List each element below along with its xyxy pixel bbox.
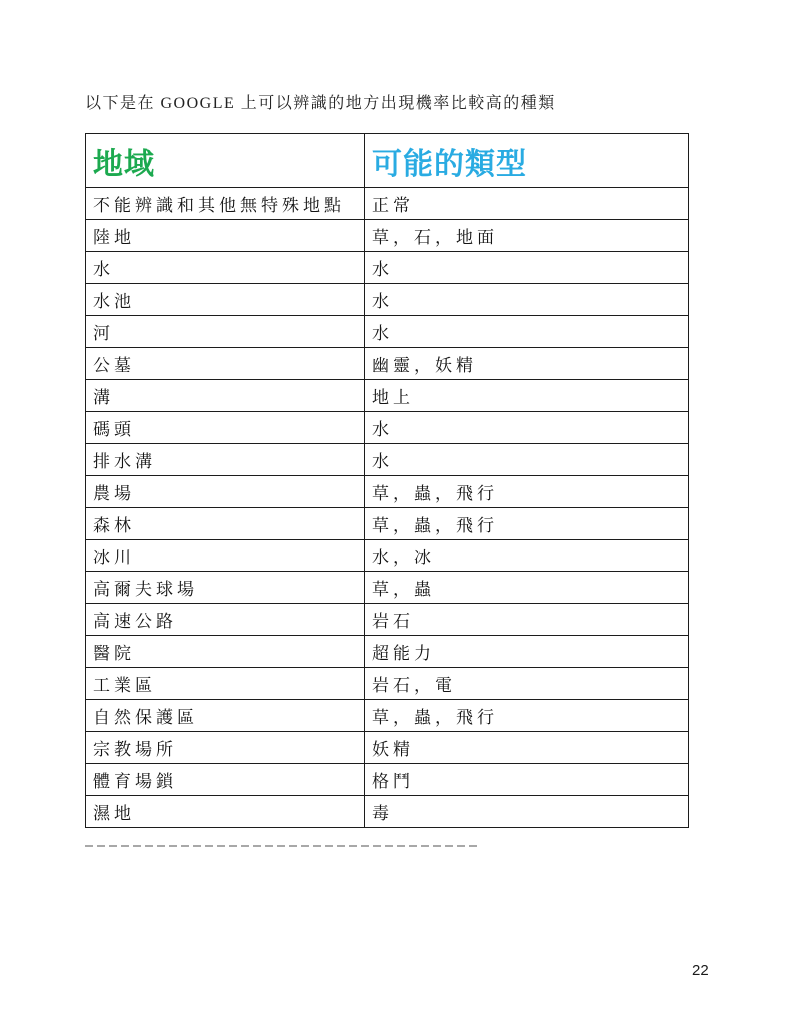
table-row: 溝地上: [86, 380, 689, 412]
types-cell: 妖精: [365, 732, 689, 764]
types-cell: 草，蟲，飛行: [365, 476, 689, 508]
table-body: 不能辨識和其他無特殊地點正常陸地草，石，地面水水水池水河水公墓幽靈，妖精溝地上碼…: [86, 188, 689, 828]
types-cell: 正常: [365, 188, 689, 220]
types-cell: 水: [365, 316, 689, 348]
table-row: 農場草，蟲，飛行: [86, 476, 689, 508]
types-cell: 草，蟲: [365, 572, 689, 604]
region-cell: 公墓: [86, 348, 365, 380]
region-cell: 冰川: [86, 540, 365, 572]
table-row: 森林草，蟲，飛行: [86, 508, 689, 540]
table-row: 陸地草，石，地面: [86, 220, 689, 252]
dashed-separator: [85, 845, 479, 847]
region-types-table: 地域 可能的類型 不能辨識和其他無特殊地點正常陸地草，石，地面水水水池水河水公墓…: [85, 133, 689, 828]
table-row: 體育場鎖格鬥: [86, 764, 689, 796]
table-row: 濕地毒: [86, 796, 689, 828]
region-cell: 醫院: [86, 636, 365, 668]
table-row: 高速公路岩石: [86, 604, 689, 636]
region-cell: 自然保護區: [86, 700, 365, 732]
page-title: 以下是在 GOOGLE 上可以辨識的地方出現機率比較高的種類: [85, 90, 556, 113]
region-cell: 碼頭: [86, 412, 365, 444]
region-cell: 體育場鎖: [86, 764, 365, 796]
region-cell: 排水溝: [86, 444, 365, 476]
region-cell: 溝: [86, 380, 365, 412]
types-cell: 水: [365, 412, 689, 444]
table-row: 河水: [86, 316, 689, 348]
types-cell: 超能力: [365, 636, 689, 668]
types-cell: 岩石: [365, 604, 689, 636]
types-cell: 草，石，地面: [365, 220, 689, 252]
column-header-possible-types: 可能的類型: [365, 134, 689, 188]
region-cell: 高速公路: [86, 604, 365, 636]
table-row: 冰川水，冰: [86, 540, 689, 572]
region-cell: 宗教場所: [86, 732, 365, 764]
table-row: 醫院超能力: [86, 636, 689, 668]
table-row: 水池水: [86, 284, 689, 316]
table-row: 水水: [86, 252, 689, 284]
page-number: 22: [692, 962, 709, 979]
table-row: 工業區岩石，電: [86, 668, 689, 700]
column-header-region: 地域: [86, 134, 365, 188]
region-cell: 水: [86, 252, 365, 284]
types-cell: 格鬥: [365, 764, 689, 796]
table-row: 宗教場所妖精: [86, 732, 689, 764]
region-cell: 農場: [86, 476, 365, 508]
types-cell: 草，蟲，飛行: [365, 508, 689, 540]
table-row: 自然保護區草，蟲，飛行: [86, 700, 689, 732]
table-row: 高爾夫球場草，蟲: [86, 572, 689, 604]
table-row: 公墓幽靈，妖精: [86, 348, 689, 380]
region-cell: 陸地: [86, 220, 365, 252]
types-cell: 岩石，電: [365, 668, 689, 700]
types-cell: 毒: [365, 796, 689, 828]
table-header-row: 地域 可能的類型: [86, 134, 689, 188]
region-cell: 森林: [86, 508, 365, 540]
table-row: 排水溝水: [86, 444, 689, 476]
region-cell: 河: [86, 316, 365, 348]
table-row: 碼頭水: [86, 412, 689, 444]
region-cell: 濕地: [86, 796, 365, 828]
types-cell: 水: [365, 444, 689, 476]
types-cell: 水: [365, 252, 689, 284]
types-cell: 水，冰: [365, 540, 689, 572]
types-cell: 水: [365, 284, 689, 316]
table-row: 不能辨識和其他無特殊地點正常: [86, 188, 689, 220]
region-cell: 工業區: [86, 668, 365, 700]
types-cell: 草，蟲，飛行: [365, 700, 689, 732]
types-cell: 幽靈，妖精: [365, 348, 689, 380]
region-cell: 不能辨識和其他無特殊地點: [86, 188, 365, 220]
region-cell: 高爾夫球場: [86, 572, 365, 604]
types-cell: 地上: [365, 380, 689, 412]
region-cell: 水池: [86, 284, 365, 316]
